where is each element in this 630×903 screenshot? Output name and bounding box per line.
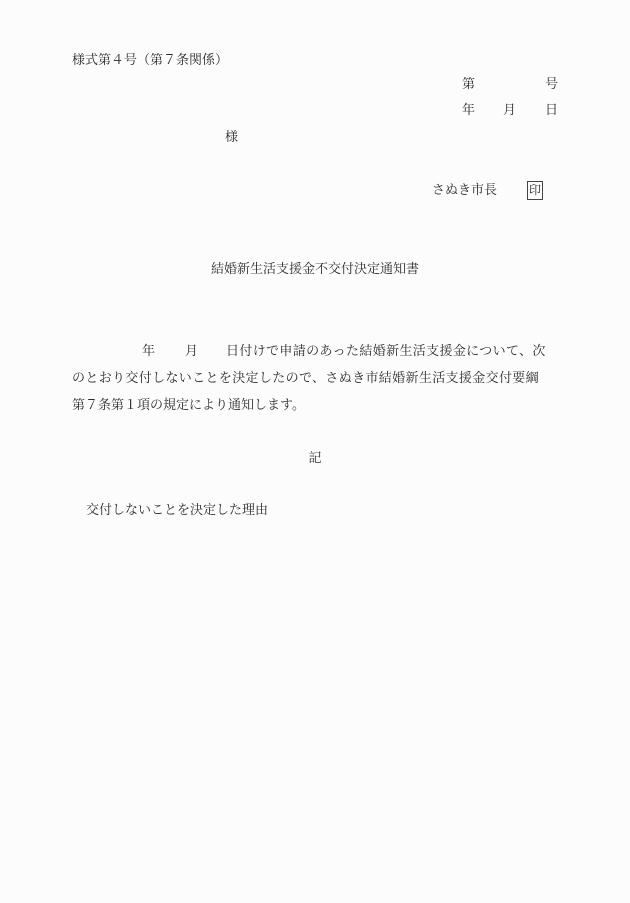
addressee-suffix: 様 bbox=[225, 130, 238, 146]
body-line-1: 日付けで申請のあった結婚新生活支援金について、次 bbox=[226, 344, 546, 360]
reason-label: 交付しないことを決定した理由 bbox=[86, 503, 268, 519]
document-page: 様式第４号（第７条関係） 第 号 年 月 日 様 さぬき市長 印 結婚新生活支援… bbox=[0, 0, 630, 903]
date-day-label: 日 bbox=[545, 103, 558, 119]
body-line-2: のとおり交付しないことを決定したので、さぬき市結婚新生活支援金交付要綱 bbox=[72, 371, 539, 387]
body-line-3: 第７条第１項の規定により通知します。 bbox=[72, 398, 305, 414]
date-month-label: 月 bbox=[503, 103, 516, 119]
date-year-label: 年 bbox=[462, 103, 475, 119]
document-title: 結婚新生活支援金不交付決定通知書 bbox=[0, 262, 630, 278]
issuer-name: さぬき市長 bbox=[432, 183, 497, 199]
seal-icon: 印 bbox=[527, 181, 543, 200]
form-id: 様式第４号（第７条関係） bbox=[72, 53, 228, 69]
body-month-label: 月 bbox=[185, 344, 198, 360]
doc-number-prefix: 第 bbox=[462, 77, 475, 93]
ki-heading: 記 bbox=[0, 451, 630, 467]
doc-number-suffix: 号 bbox=[545, 77, 558, 93]
body-year-label: 年 bbox=[142, 344, 155, 360]
